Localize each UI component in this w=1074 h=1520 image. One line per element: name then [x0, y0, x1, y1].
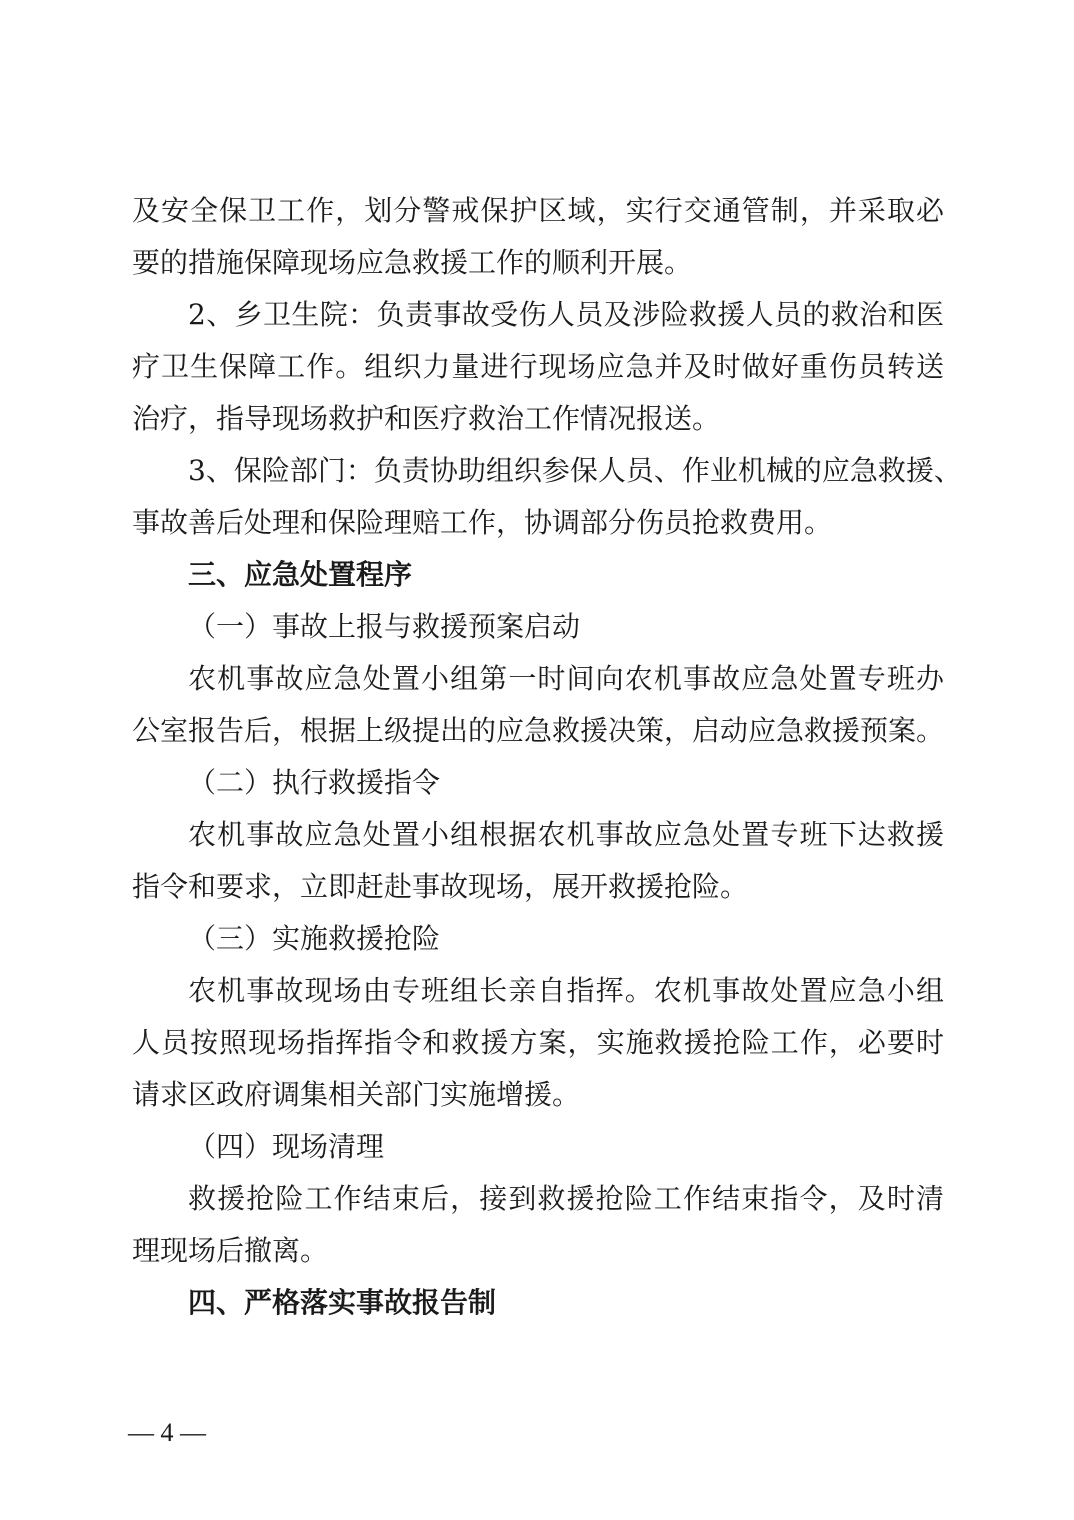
paragraph-line: 农机事故现场由专班组长亲自指挥。农机事故处置应急小组: [188, 971, 944, 1011]
paragraph-line: 请求区政府调集相关部门实施增援。: [132, 1075, 944, 1115]
page-number: — 4 —: [128, 1418, 206, 1448]
paragraph-line: 2、乡卫生院：负责事故受伤人员及涉险救援人员的救治和医: [188, 295, 944, 335]
paragraph-line: 事故善后处理和保险理赔工作，协调部分伤员抢救费用。: [132, 503, 944, 543]
subsection-heading: （二）执行救援指令: [188, 763, 944, 803]
section-heading: 三、应急处置程序: [188, 555, 944, 595]
document-page: 及安全保卫工作，划分警戒保护区域，实行交通管制，并采取必要的措施保障现场应急救援…: [0, 0, 1074, 1520]
section-heading: 四、严格落实事故报告制: [188, 1283, 944, 1323]
paragraph-line: 农机事故应急处置小组根据农机事故应急处置专班下达救援: [188, 815, 944, 855]
subsection-heading: （一）事故上报与救援预案启动: [188, 607, 944, 647]
paragraph-line: 及安全保卫工作，划分警戒保护区域，实行交通管制，并采取必: [132, 191, 944, 231]
paragraph-line: 指令和要求，立即赶赴事故现场，展开救援抢险。: [132, 867, 944, 907]
paragraph-line: 3、保险部门：负责协助组织参保人员、作业机械的应急救援、: [188, 451, 944, 491]
paragraph-line: 救援抢险工作结束后，接到救援抢险工作结束指令，及时清: [188, 1179, 944, 1219]
paragraph-line: 理现场后撤离。: [132, 1231, 944, 1271]
paragraph-line: 公室报告后，根据上级提出的应急救援决策，启动应急救援预案。: [132, 711, 944, 751]
paragraph-line: 要的措施保障现场应急救援工作的顺利开展。: [132, 243, 944, 283]
subsection-heading: （四）现场清理: [188, 1127, 944, 1167]
paragraph-line: 人员按照现场指挥指令和救援方案，实施救援抢险工作，必要时: [132, 1023, 944, 1063]
paragraph-line: 疗卫生保障工作。组织力量进行现场应急并及时做好重伤员转送: [132, 347, 944, 387]
paragraph-line: 治疗，指导现场救护和医疗救治工作情况报送。: [132, 399, 944, 439]
subsection-heading: （三）实施救援抢险: [188, 919, 944, 959]
paragraph-line: 农机事故应急处置小组第一时间向农机事故应急处置专班办: [188, 659, 944, 699]
